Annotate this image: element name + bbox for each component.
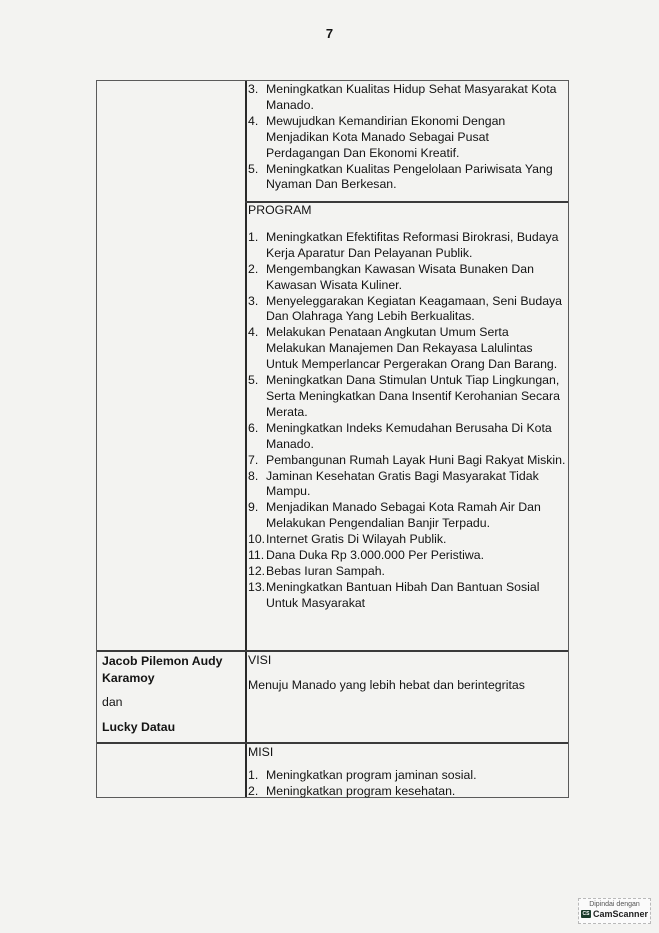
list-text: Meningkatkan program kesehatan. <box>266 784 455 798</box>
page-number: 7 <box>0 26 659 41</box>
list-text: Meningkatkan program jaminan sosial. <box>266 768 477 782</box>
list-number: 12. <box>248 564 265 580</box>
list-number: 5. <box>248 162 258 178</box>
list-item: 1.Meningkatkan program jaminan sosial. <box>248 768 566 784</box>
list-item: 12.Bebas Iuran Sampah. <box>248 564 566 580</box>
visi-cell: VISI Menuju Manado yang lebih hebat dan … <box>248 653 566 694</box>
list-text: Meningkatkan Efektifitas Reformasi Birok… <box>266 230 559 260</box>
candidate-name-2: Lucky Datau <box>102 720 175 734</box>
list-number: 8. <box>248 469 258 485</box>
candidate-names-cell: Jacob Pilemon Audy Karamoy dan Lucky Dat… <box>102 653 242 736</box>
list-item: 7.Pembangunan Rumah Layak Huni Bagi Raky… <box>248 453 566 469</box>
list-item: 1.Meningkatkan Efektifitas Reformasi Bir… <box>248 230 566 262</box>
list-text: Menjadikan Manado Sebagai Kota Ramah Air… <box>266 500 541 530</box>
list-number: 5. <box>248 373 258 389</box>
list-text: Meningkatkan Indeks Kemudahan Berusaha D… <box>266 421 552 451</box>
row-divider <box>97 742 568 744</box>
list-text: Meningkatkan Dana Stimulan Untuk Tiap Li… <box>266 373 560 419</box>
list-number: 7. <box>248 453 258 469</box>
list-number: 4. <box>248 114 258 130</box>
list-item: 9.Menjadikan Manado Sebagai Kota Ramah A… <box>248 500 566 532</box>
list-number: 2. <box>248 784 258 800</box>
program-cell: PROGRAM 1.Meningkatkan Efektifitas Refor… <box>248 203 566 612</box>
misi-cell: MISI 1.Meningkatkan program jaminan sosi… <box>248 745 566 800</box>
candidate-table: 3.Meningkatkan Kualitas Hidup Sehat Masy… <box>96 80 569 798</box>
watermark-brand: CamScanner <box>593 909 648 919</box>
list-number: 3. <box>248 82 258 98</box>
list-text: Mengembangkan Kawasan Wisata Bunaken Dan… <box>266 262 534 292</box>
list-text: Melakukan Penataan Angkutan Umum Serta M… <box>266 325 557 371</box>
list-number: 2. <box>248 262 258 278</box>
list-number: 4. <box>248 325 258 341</box>
list-number: 3. <box>248 294 258 310</box>
row-divider <box>97 650 568 652</box>
list-text: Meningkatkan Kualitas Pengelolaan Pariwi… <box>266 162 553 192</box>
list-text: Meningkatkan Kualitas Hidup Sehat Masyar… <box>266 82 557 112</box>
candidate-name-1: Jacob Pilemon Audy Karamoy <box>102 654 223 685</box>
list-item: 4.Melakukan Penataan Angkutan Umum Serta… <box>248 325 566 373</box>
list-item: 5.Meningkatkan Dana Stimulan Untuk Tiap … <box>248 373 566 421</box>
list-number: 13. <box>248 580 265 596</box>
visi-heading: VISI <box>248 653 271 667</box>
list-number: 11. <box>248 548 264 564</box>
visi-text: Menuju Manado yang lebih hebat dan berin… <box>248 678 566 694</box>
candidate-conjunction: dan <box>102 694 242 711</box>
program-heading: PROGRAM <box>248 203 566 219</box>
list-text: Meningkatkan Bantuan Hibah Dan Bantuan S… <box>266 580 539 610</box>
camscanner-logo-icon: CS <box>581 910 591 918</box>
list-text: Dana Duka Rp 3.000.000 Per Peristiwa. <box>266 548 484 562</box>
list-item: 2.Mengembangkan Kawasan Wisata Bunaken D… <box>248 262 566 294</box>
list-item: 5.Meningkatkan Kualitas Pengelolaan Pari… <box>248 162 566 194</box>
column-divider <box>245 81 247 797</box>
watermark-caption: Dipindai dengan <box>579 901 650 908</box>
list-item: 6.Meningkatkan Indeks Kemudahan Berusaha… <box>248 421 566 453</box>
list-text: Menyeleggarakan Kegiatan Keagamaan, Seni… <box>266 294 562 324</box>
list-item: 2.Meningkatkan program kesehatan. <box>248 784 566 800</box>
list-text: Pembangunan Rumah Layak Huni Bagi Rakyat… <box>266 453 565 467</box>
misi-heading: MISI <box>248 745 566 761</box>
list-number: 10. <box>248 532 265 548</box>
list-text: Mewujudkan Kemandirian Ekonomi Dengan Me… <box>266 114 505 160</box>
list-number: 1. <box>248 768 258 784</box>
list-item: 10.Internet Gratis Di Wilayah Publik. <box>248 532 566 548</box>
list-item: 3.Meningkatkan Kualitas Hidup Sehat Masy… <box>248 82 566 114</box>
list-item: 8.Jaminan Kesehatan Gratis Bagi Masyarak… <box>248 469 566 501</box>
list-number: 6. <box>248 421 258 437</box>
list-item: 11.Dana Duka Rp 3.000.000 Per Peristiwa. <box>248 548 566 564</box>
list-text: Bebas Iuran Sampah. <box>266 564 385 578</box>
misi-continued-list: 3.Meningkatkan Kualitas Hidup Sehat Masy… <box>248 82 566 193</box>
list-item: 13.Meningkatkan Bantuan Hibah Dan Bantua… <box>248 580 566 612</box>
misi-list: 1.Meningkatkan program jaminan sosial.2.… <box>248 768 566 800</box>
list-text: Internet Gratis Di Wilayah Publik. <box>266 532 446 546</box>
list-number: 9. <box>248 500 258 516</box>
camscanner-watermark: Dipindai dengan CS CamScanner <box>578 898 651 924</box>
list-item: 4.Mewujudkan Kemandirian Ekonomi Dengan … <box>248 114 566 162</box>
list-text: Jaminan Kesehatan Gratis Bagi Masyarakat… <box>266 469 539 499</box>
list-item: 3.Menyeleggarakan Kegiatan Keagamaan, Se… <box>248 294 566 326</box>
list-number: 1. <box>248 230 258 246</box>
program-list: 1.Meningkatkan Efektifitas Reformasi Bir… <box>248 230 566 612</box>
misi-continued-cell: 3.Meningkatkan Kualitas Hidup Sehat Masy… <box>248 82 566 193</box>
